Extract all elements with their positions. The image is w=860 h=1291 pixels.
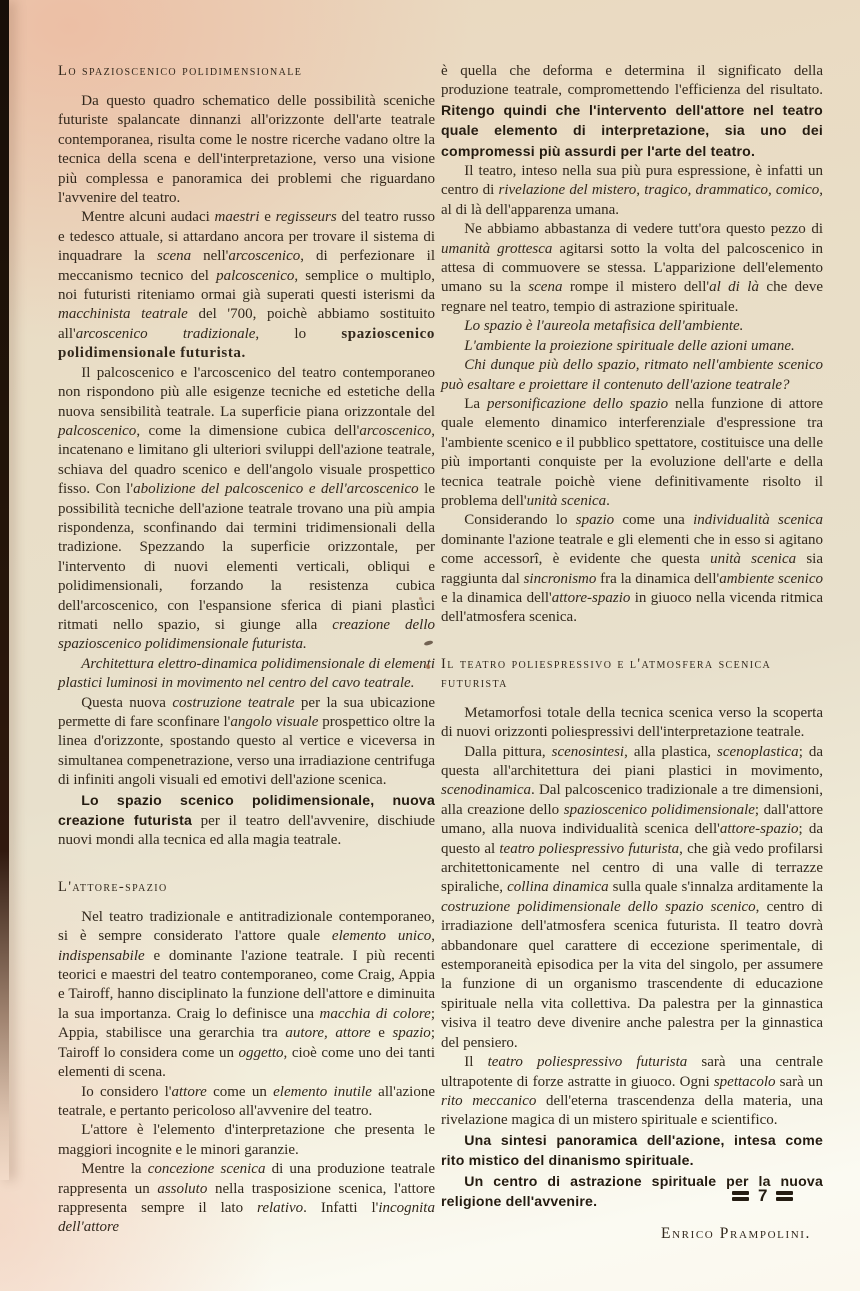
text-run: Da questo quadro schematico delle possib… — [58, 93, 435, 206]
text-run: costruzione polidimensionale dello spazi… — [441, 899, 756, 915]
text-run: L'attore-spazio — [58, 879, 168, 895]
text-run: Enrico Prampolini. — [661, 1225, 811, 1242]
text-run: individualità scenica — [693, 512, 823, 528]
text-run: teatro poliespressivo futurista — [488, 1054, 688, 1070]
text-run: Mentre alcuni audaci — [81, 209, 214, 225]
text-run: regisseurs — [276, 209, 337, 225]
paragraph: Io considero l'attore come un elemento i… — [58, 1083, 435, 1122]
text-run: . — [606, 493, 610, 509]
text-run: Mentre la — [81, 1161, 147, 1177]
text-run: come una — [614, 512, 693, 528]
text-run: è quella che deforma e determina il sign… — [441, 63, 823, 98]
ink-speck — [419, 597, 422, 600]
text-run: attore-spazio — [552, 590, 631, 606]
text-run: macchia di colore — [320, 1006, 431, 1022]
text-run: unità scenica — [710, 551, 796, 567]
paragraph: Il teatro, inteso nella sua più pura esp… — [441, 162, 823, 220]
text-run: nell' — [191, 248, 228, 264]
text-run: assoluto — [157, 1181, 207, 1197]
scan-left-edge-shadow — [0, 0, 9, 1180]
text-run: . Infatti l' — [303, 1200, 378, 1216]
text-run: L'ambiente la proiezione spirituale dell… — [464, 338, 795, 354]
text-run: Questa nuova — [81, 695, 172, 711]
text-run: Architettura elettro-dinamica polidimens… — [58, 656, 435, 691]
text-run: , come la dimensione cubica dell' — [136, 423, 359, 439]
text-run: concezione scenica — [148, 1161, 266, 1177]
text-run: spettacolo — [714, 1074, 776, 1090]
text-run: elemento unico — [332, 928, 431, 944]
text-run: Ne abbiamo abbastanza di vedere tutt'ora… — [464, 221, 823, 237]
text-run: rivelazione del mistero, tragico, dramma… — [499, 182, 820, 198]
text-run: spazioscenico polidimensionale — [564, 802, 755, 818]
text-run: arcoscenico — [228, 248, 300, 264]
text-run: Metamorfosi totale della tecnica scenica… — [441, 705, 823, 740]
paragraph: Mentre la concezione scenica di una prod… — [58, 1160, 435, 1238]
paragraph: Il teatro poliespressivo futurista sarà … — [441, 1053, 823, 1131]
text-run: e — [371, 1025, 393, 1041]
text-run: scenosintesi — [552, 744, 625, 760]
paragraph: La personificazione dello spazio nella f… — [441, 395, 823, 511]
text-run: , centro di irradiazione dell'atmosfera … — [441, 899, 823, 1051]
text-run: spazio — [576, 512, 614, 528]
paragraph: Considerando lo spazio come una individu… — [441, 511, 823, 627]
text-run: macchinista teatrale — [58, 306, 188, 322]
paragraph: Questa nuova costruzione teatrale per la… — [58, 694, 435, 791]
left-column: Lo spazioscenico polidimensionaleDa ques… — [58, 62, 435, 1238]
text-run: scena — [528, 279, 562, 295]
page-number-value: 7 — [758, 1186, 767, 1206]
text-run: , lo — [255, 326, 341, 342]
paragraph: Lo spazio è l'aureola metafisica dell'am… — [441, 317, 823, 336]
text-run: teatro poliespressivo futurista — [499, 841, 679, 857]
paragraph: Metamorfosi totale della tecnica scenica… — [441, 704, 823, 743]
paragraph: Architettura elettro-dinamica polidimens… — [58, 655, 435, 694]
page-number: 7 — [732, 1186, 793, 1206]
folio-bars-icon — [776, 1191, 793, 1202]
text-run: collina dinamica — [507, 879, 609, 895]
text-run: Dalla pittura, — [464, 744, 551, 760]
right-column: è quella che deforma e determina il sign… — [441, 62, 823, 1244]
text-run: autore, attore — [285, 1025, 370, 1041]
text-run: , alla plastica, — [624, 744, 717, 760]
text-run: Lo spazioscenico polidimensionale — [58, 63, 302, 79]
text-run: L'attore è l'elemento d'interpretazione … — [58, 1122, 435, 1157]
text-run: arcoscenico tradizionale — [76, 326, 256, 342]
text-run: e — [260, 209, 276, 225]
paragraph: Il palcoscenico e l'arcoscenico del teat… — [58, 364, 435, 655]
text-run: attore-spazio — [720, 821, 799, 837]
text-run: ambiente scenico — [719, 571, 823, 587]
paragraph: Mentre alcuni audaci maestri e regisseur… — [58, 208, 435, 363]
text-run: scena — [157, 248, 191, 264]
text-run: personificazione dello spazio — [487, 396, 668, 412]
section-heading: L'attore-spazio — [58, 878, 435, 897]
text-run: Io considero l' — [81, 1084, 171, 1100]
text-run: sarà un — [776, 1074, 824, 1090]
text-run: Il — [464, 1054, 487, 1070]
paragraph: Dalla pittura, scenosintesi, alla plasti… — [441, 743, 823, 1054]
scanned-page: Lo spazioscenico polidimensionaleDa ques… — [0, 0, 860, 1291]
text-run: Considerando lo — [464, 512, 576, 528]
text-run: arcoscenico — [359, 423, 431, 439]
text-run: Chi dunque più dello spazio, ritmato nel… — [441, 357, 823, 392]
text-run: elemento inutile — [273, 1084, 372, 1100]
text-run: palcoscenico — [58, 423, 136, 439]
folio-bars-icon — [732, 1191, 749, 1202]
text-run: attore — [172, 1084, 207, 1100]
paragraph: Ne abbiamo abbastanza di vedere tutt'ora… — [441, 220, 823, 317]
text-run: Lo spazio è l'aureola metafisica dell'am… — [464, 318, 743, 334]
paragraph: Lo spazio scenico polidimensionale, nuov… — [58, 791, 435, 851]
text-run: Una sintesi panoramica dell'azione, inte… — [441, 1132, 823, 1168]
author-signature: Enrico Prampolini. — [441, 1224, 811, 1243]
text-run: Il teatro poliespressivo e l'atmosfera s… — [441, 656, 771, 691]
text-run: abolizione del palcoscenico e dell'arcos… — [133, 481, 419, 497]
text-run: unità scenica — [527, 493, 607, 509]
text-run: maestri — [215, 209, 260, 225]
paragraph: L'ambiente la proiezione spirituale dell… — [441, 337, 823, 356]
paragraph: L'attore è l'elemento d'interpretazione … — [58, 1121, 435, 1160]
text-run: , — [431, 928, 435, 944]
section-heading: Lo spazioscenico polidimensionale — [58, 62, 435, 81]
text-run: sincronismo — [524, 571, 597, 587]
text-run: sulla quale s'innalza arditamente la — [609, 879, 823, 895]
text-run: costruzione teatrale — [172, 695, 294, 711]
text-run: le possibilità tecniche dell'azione teat… — [58, 481, 435, 633]
text-run: Ritengo quindi che l'intervento dell'att… — [441, 102, 823, 159]
text-run: al di là — [709, 279, 759, 295]
text-run: scenoplastica — [717, 744, 799, 760]
text-run: indispensabile — [58, 948, 145, 964]
text-run: oggetto — [239, 1045, 284, 1061]
paragraph: Da questo quadro schematico delle possib… — [58, 92, 435, 208]
section-heading: Il teatro poliespressivo e l'atmosfera s… — [441, 655, 823, 693]
text-run: Il palcoscenico e l'arcoscenico del teat… — [58, 365, 435, 420]
text-run: come un — [207, 1084, 273, 1100]
text-run: e la dinamica dell' — [441, 590, 552, 606]
text-run: umanità grottesca — [441, 241, 552, 257]
paragraph: Una sintesi panoramica dell'azione, inte… — [441, 1131, 823, 1172]
paragraph: Nel teatro tradizionale e antitradiziona… — [58, 908, 435, 1083]
text-run: fra la dinamica dell' — [596, 571, 719, 587]
text-run: rito meccanico — [441, 1093, 536, 1109]
text-run: palcoscenico — [216, 268, 294, 284]
text-run: scenodinamica — [441, 782, 531, 798]
text-run: rompe il mistero dell' — [562, 279, 709, 295]
text-run: relativo — [257, 1200, 303, 1216]
paragraph: è quella che deforma e determina il sign… — [441, 62, 823, 162]
text-run: nella funzione di attore quale elemento … — [441, 396, 823, 509]
text-run: angolo visuale — [230, 714, 318, 730]
text-run: La — [464, 396, 487, 412]
paragraph: Chi dunque più dello spazio, ritmato nel… — [441, 356, 823, 395]
ink-speck — [426, 664, 430, 669]
text-run: spazio — [392, 1025, 430, 1041]
